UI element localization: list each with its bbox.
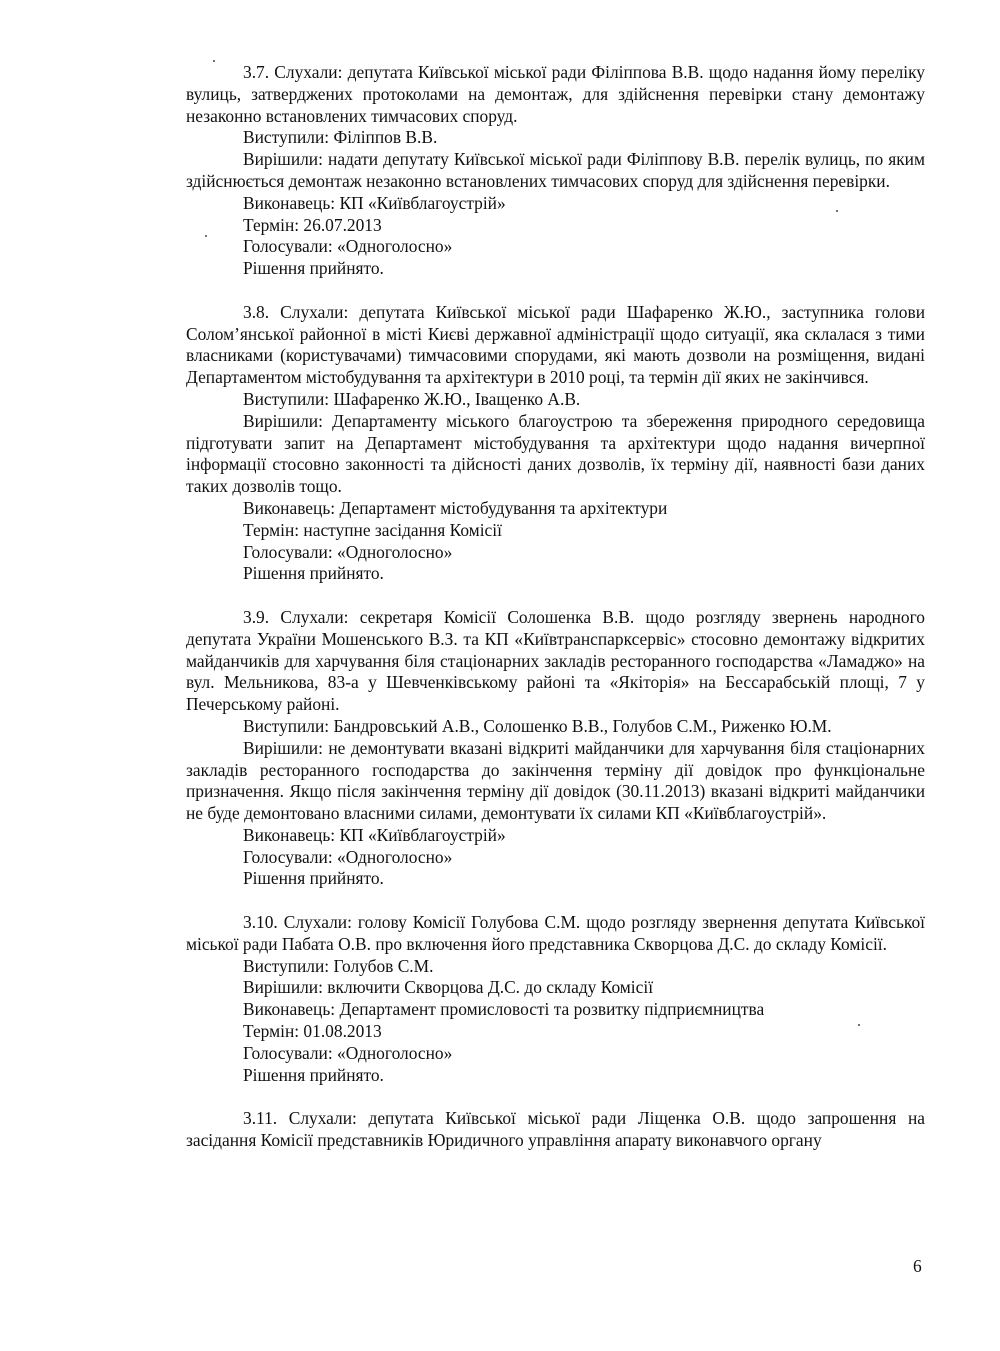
decided-line: Вирішили: включити Скворцова Д.С. до скл… — [186, 977, 925, 999]
executor-line: Виконавець: КП «Київблагоустрій» — [186, 825, 925, 847]
heard-paragraph: 3.11. Слухали: депутата Київської місько… — [186, 1108, 925, 1152]
heard-paragraph: 3.9. Слухали: секретаря Комісії Солошенк… — [186, 607, 925, 716]
decided-paragraph: Вирішили: не демонтувати вказані відкрит… — [186, 738, 925, 825]
section-3-11: 3.11. Слухали: депутата Київської місько… — [186, 1108, 925, 1152]
executor-line: Виконавець: Департамент містобудування т… — [186, 498, 925, 520]
deadline-line: Термін: наступне засідання Комісії — [186, 520, 925, 542]
page-number: 6 — [913, 1256, 922, 1277]
section-3-8: 3.8. Слухали: депутата Київської міської… — [186, 302, 925, 585]
heard-paragraph: 3.7. Слухали: депутата Київської міської… — [186, 62, 925, 127]
voted-line: Голосували: «Одноголосно» — [186, 1043, 925, 1065]
decided-paragraph: Вирішили: Департаменту міського благоуст… — [186, 411, 925, 498]
scan-speck — [205, 235, 207, 237]
scan-speck — [213, 60, 215, 62]
spoke-line: Виступили: Голубов С.М. — [186, 956, 925, 978]
voted-line: Голосували: «Одноголосно» — [186, 847, 925, 869]
section-3-9: 3.9. Слухали: секретаря Комісії Солошенк… — [186, 607, 925, 890]
spoke-line: Виступили: Філіппов В.В. — [186, 127, 925, 149]
deadline-line: Термін: 26.07.2013 — [186, 215, 925, 237]
result-line: Рішення прийнято. — [186, 1065, 925, 1087]
document-page: 3.7. Слухали: депутата Київської міської… — [186, 62, 925, 1152]
spoke-line: Виступили: Шафаренко Ж.Ю., Іващенко А.В. — [186, 389, 925, 411]
result-line: Рішення прийнято. — [186, 258, 925, 280]
heard-paragraph: 3.10. Слухали: голову Комісії Голубова С… — [186, 912, 925, 956]
result-line: Рішення прийнято. — [186, 563, 925, 585]
executor-line: Виконавець: КП «Київблагоустрій» — [186, 193, 925, 215]
voted-line: Голосували: «Одноголосно» — [186, 236, 925, 258]
executor-line: Виконавець: Департамент промисловості та… — [186, 999, 925, 1021]
scan-speck — [858, 1024, 860, 1026]
scan-speck — [905, 418, 907, 420]
decided-paragraph: Вирішили: надати депутату Київської місь… — [186, 149, 925, 193]
section-3-10: 3.10. Слухали: голову Комісії Голубова С… — [186, 912, 925, 1086]
spoke-line: Виступили: Бандровський А.В., Солошенко … — [186, 716, 925, 738]
scan-speck — [836, 210, 838, 212]
voted-line: Голосували: «Одноголосно» — [186, 542, 925, 564]
section-3-7: 3.7. Слухали: депутата Київської міської… — [186, 62, 925, 280]
deadline-line: Термін: 01.08.2013 — [186, 1021, 925, 1043]
result-line: Рішення прийнято. — [186, 868, 925, 890]
heard-paragraph: 3.8. Слухали: депутата Київської міської… — [186, 302, 925, 389]
